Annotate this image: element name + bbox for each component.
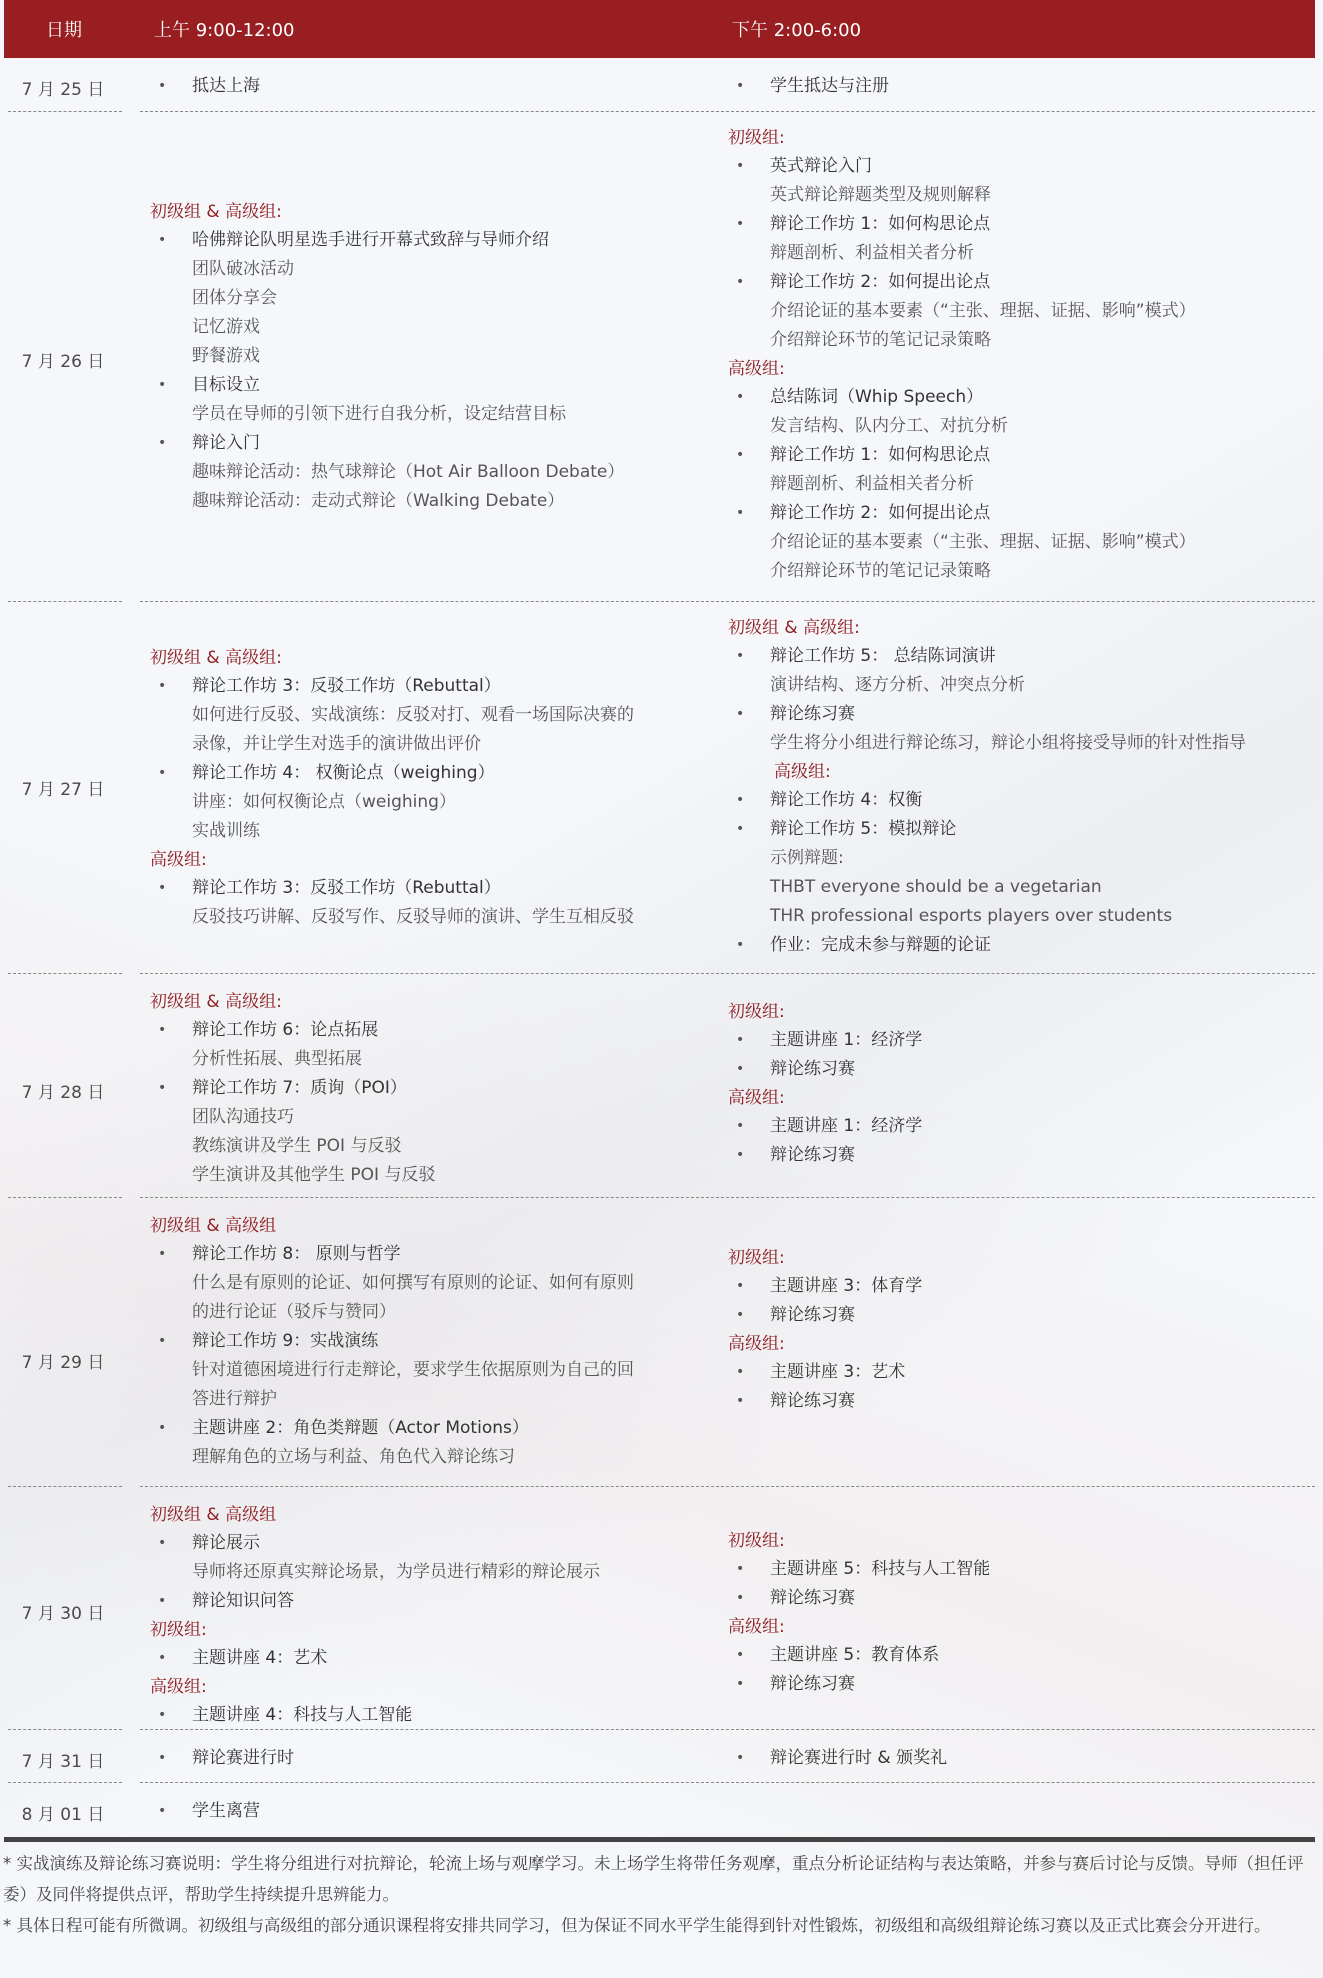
schedule-item: •辩论练习赛学生将分小组进行辩论练习，辩论小组将接受导师的针对性指导 [728,700,1318,758]
bullet-icon: • [158,1414,166,1443]
note-1: * 实战演练及辩论练习赛说明：学生将分组进行对抗辩论，轮流上场与观摩学习。未上场… [3,1848,1321,1910]
item-detail: 示例辩题: [770,844,1318,873]
item-detail: 针对道德困境进行行走辩论，要求学生依据原则为自己的回 [192,1356,690,1385]
bullet-icon: • [736,1641,744,1670]
group-label: 初级组 & 高级组: [150,644,690,672]
item-title: 辩论工作坊 5： 总结陈词演讲 [770,642,1318,671]
item-detail: 教练演讲及学生 POI 与反驳 [192,1132,690,1161]
item-detail: 学员在导师的引领下进行自我分析，设定结营目标 [192,400,690,429]
schedule-item: •辩论练习赛 [728,1670,1318,1699]
item-title: 辩论练习赛 [770,1301,1318,1330]
am-cell: •抵达上海 [150,72,690,101]
schedule-item: •主题讲座 3：艺术 [728,1358,1318,1387]
item-title: 辩论工作坊 5：模拟辩论 [770,815,1318,844]
item-title: 辩论工作坊 7：质询（POI） [192,1074,690,1103]
pm-cell: 初级组:•主题讲座 5：科技与人工智能•辩论练习赛高级组:•主题讲座 5：教育体… [728,1527,1318,1699]
item-detail: 讲座：如何权衡论点（weighing） [192,788,690,817]
item-detail: 介绍论证的基本要素（“主张、理据、证据、影响”模式） [770,297,1318,326]
am-cell: •辩论赛进行时 [150,1744,690,1773]
item-title: 主题讲座 4：艺术 [192,1644,690,1673]
item-title: 辩论工作坊 4： 权衡论点（weighing） [192,759,690,788]
group-label: 高级组: [728,355,1318,383]
item-detail: 反驳技巧讲解、反驳写作、反驳导师的演讲、学生互相反驳 [192,903,690,932]
schedule-item: •辩论工作坊 4：权衡 [728,786,1318,815]
item-detail: 录像，并让学生对选手的演讲做出评价 [192,730,690,759]
item-title: 主题讲座 1：经济学 [770,1112,1318,1141]
row-date: 7 月 31 日 [0,1747,126,1772]
schedule-row: 7 月 31 日•辩论赛进行时•辩论赛进行时 & 颁奖礼 [0,1730,1323,1783]
bullet-icon: • [736,152,744,181]
group-label: 初级组: [728,1527,1318,1555]
bullet-icon: • [158,1701,166,1730]
item-title: 辩论工作坊 2：如何提出论点 [770,499,1318,528]
bullet-icon: • [158,72,166,101]
item-detail: 答进行辩护 [192,1385,690,1414]
schedule-item: •辩论赛进行时 & 颁奖礼 [728,1744,1318,1773]
group-label: 高级组: [728,1613,1318,1641]
table-bottom-rule [4,1837,1315,1842]
bullet-icon: • [158,226,166,255]
item-title: 辩论练习赛 [770,1670,1318,1699]
bullet-icon: • [736,1112,744,1141]
group-label: 初级组: [728,1244,1318,1272]
item-title: 主题讲座 1：经济学 [770,1026,1318,1055]
item-title: 辩论练习赛 [770,1141,1318,1170]
schedule-item: •英式辩论入门英式辩论辩题类型及规则解释 [728,152,1318,210]
bullet-icon: • [158,1016,166,1045]
schedule-item: •辩论工作坊 4： 权衡论点（weighing）讲座：如何权衡论点（weighi… [150,759,690,846]
pm-cell: •学生抵达与注册 [728,72,1318,101]
schedule-item: •辩论工作坊 5： 总结陈词演讲演讲结构、逐方分析、冲突点分析 [728,642,1318,700]
item-detail: 学生将分小组进行辩论练习，辩论小组将接受导师的针对性指导 [770,729,1318,758]
item-title: 辩论入门 [192,429,690,458]
schedule-row: 7 月 27 日初级组 & 高级组:•辩论工作坊 3：反驳工作坊（Rebutta… [0,602,1323,974]
item-title: 主题讲座 5：教育体系 [770,1641,1318,1670]
schedule-item: •主题讲座 4：科技与人工智能 [150,1701,690,1730]
bullet-icon: • [736,1555,744,1584]
bullet-icon: • [158,759,166,788]
item-detail: 如何进行反驳、实战演练：反驳对打、观看一场国际决赛的 [192,701,690,730]
bullet-icon: • [736,1055,744,1084]
item-title: 主题讲座 2：角色类辩题（Actor Motions） [192,1414,690,1443]
bullet-icon: • [158,1240,166,1269]
schedule-item: •辩论工作坊 7：质询（POI）团队沟通技巧教练演讲及学生 POI 与反驳学生演… [150,1074,690,1190]
schedule-item: •辩论工作坊 1：如何构思论点辩题剖析、利益相关者分析 [728,210,1318,268]
item-title: 辩论工作坊 3：反驳工作坊（Rebuttal） [192,672,690,701]
pm-cell: 初级组:•主题讲座 1：经济学•辩论练习赛高级组:•主题讲座 1：经济学•辩论练… [728,998,1318,1170]
bullet-icon: • [736,700,744,729]
schedule-item: •辩论入门趣味辩论活动：热气球辩论（Hot Air Balloon Debate… [150,429,690,516]
row-date: 8 月 01 日 [0,1800,126,1825]
item-title: 辩论工作坊 3：反驳工作坊（Rebuttal） [192,874,690,903]
bullet-icon: • [736,268,744,297]
bullet-icon: • [158,1644,166,1673]
schedule-item: •主题讲座 1：经济学 [728,1112,1318,1141]
bullet-icon: • [158,1744,166,1773]
group-label: 初级组: [728,124,1318,152]
item-detail: 学生演讲及其他学生 POI 与反驳 [192,1161,690,1190]
item-detail: 分析性拓展、典型拓展 [192,1045,690,1074]
bullet-icon: • [736,210,744,239]
schedule-item: •辩论工作坊 5：模拟辩论示例辩题:THBT everyone should b… [728,815,1318,931]
item-title: 辩论练习赛 [770,1387,1318,1416]
bullet-icon: • [736,441,744,470]
item-detail: 导师将还原真实辩论场景，为学员进行精彩的辩论展示 [192,1558,690,1587]
group-label: 初级组 & 高级组: [150,198,690,226]
schedule-item: •主题讲座 5：科技与人工智能 [728,1555,1318,1584]
bullet-icon: • [158,1074,166,1103]
schedule-item: •学生离营 [150,1797,690,1826]
item-detail: 辩题剖析、利益相关者分析 [770,239,1318,268]
schedule-item: •主题讲座 3：体育学 [728,1272,1318,1301]
item-title: 辩论赛进行时 & 颁奖礼 [770,1744,1318,1773]
bullet-icon: • [158,1529,166,1558]
item-detail: 趣味辩论活动：热气球辩论（Hot Air Balloon Debate） [192,458,690,487]
bullet-icon: • [158,1327,166,1356]
row-date: 7 月 26 日 [0,347,126,372]
bullet-icon: • [736,786,744,815]
item-detail: 团体分享会 [192,284,690,313]
item-title: 抵达上海 [192,72,690,101]
item-title: 辩论工作坊 1：如何构思论点 [770,441,1318,470]
item-detail: 辩题剖析、利益相关者分析 [770,470,1318,499]
item-detail: THBT everyone should be a vegetarian [770,873,1318,902]
notes-section: * 实战演练及辩论练习赛说明：学生将分组进行对抗辩论，轮流上场与观摩学习。未上场… [3,1848,1321,1941]
bullet-icon: • [158,672,166,701]
group-label: 高级组: [728,758,1318,786]
schedule-item: •辩论工作坊 3：反驳工作坊（Rebuttal）如何进行反驳、实战演练：反驳对打… [150,672,690,759]
item-detail: 介绍辩论环节的笔记记录策略 [770,326,1318,355]
am-cell: 初级组 & 高级组•辩论展示导师将还原真实辩论场景，为学员进行精彩的辩论展示•辩… [150,1501,690,1730]
item-detail: 野餐游戏 [192,342,690,371]
item-detail: 什么是有原则的论证、如何撰写有原则的论证、如何有原则 [192,1269,690,1298]
schedule-row: 7 月 26 日初级组 & 高级组:•哈佛辩论队明星选手进行开幕式致辞与导师介绍… [0,112,1323,602]
item-title: 总结陈词（Whip Speech） [770,383,1318,412]
item-title: 辩论工作坊 4：权衡 [770,786,1318,815]
group-label: 初级组 & 高级组 [150,1501,690,1529]
bullet-icon: • [736,815,744,844]
row-date: 7 月 27 日 [0,775,126,800]
item-title: 辩论练习赛 [770,700,1318,729]
schedule-row: 7 月 29 日初级组 & 高级组•辩论工作坊 8： 原则与哲学什么是有原则的论… [0,1198,1323,1487]
schedule-row: 7 月 25 日•抵达上海•学生抵达与注册 [0,58,1323,112]
item-detail: 介绍论证的基本要素（“主张、理据、证据、影响”模式） [770,528,1318,557]
bullet-icon: • [736,1670,744,1699]
item-detail: 演讲结构、逐方分析、冲突点分析 [770,671,1318,700]
item-title: 辩论工作坊 6：论点拓展 [192,1016,690,1045]
schedule-item: •主题讲座 1：经济学 [728,1026,1318,1055]
group-label: 初级组 & 高级组: [150,988,690,1016]
item-detail: 记忆游戏 [192,313,690,342]
item-title: 作业：完成未参与辩题的论证 [770,931,1318,960]
bullet-icon: • [158,429,166,458]
schedule-item: •辩论工作坊 6：论点拓展分析性拓展、典型拓展 [150,1016,690,1074]
bullet-icon: • [158,371,166,400]
row-date: 7 月 28 日 [0,1078,126,1103]
schedule-item: •辩论练习赛 [728,1301,1318,1330]
item-title: 哈佛辩论队明星选手进行开幕式致辞与导师介绍 [192,226,690,255]
schedule-item: •哈佛辩论队明星选手进行开幕式致辞与导师介绍团队破冰活动团体分享会记忆游戏野餐游… [150,226,690,371]
bullet-icon: • [158,1797,166,1826]
item-title: 辩论工作坊 9：实战演练 [192,1327,690,1356]
bullet-icon: • [736,1387,744,1416]
pm-cell: 初级组:•英式辩论入门英式辩论辩题类型及规则解释•辩论工作坊 1：如何构思论点辩… [728,124,1318,586]
pm-cell: 初级组:•主题讲座 3：体育学•辩论练习赛高级组:•主题讲座 3：艺术•辩论练习… [728,1244,1318,1416]
item-title: 英式辩论入门 [770,152,1318,181]
row-date: 7 月 30 日 [0,1599,126,1624]
schedule-row: 8 月 01 日•学生离营 [0,1783,1323,1835]
schedule-item: •辩论练习赛 [728,1387,1318,1416]
am-cell: 初级组 & 高级组•辩论工作坊 8： 原则与哲学什么是有原则的论证、如何撰写有原… [150,1212,690,1472]
bullet-icon: • [736,1584,744,1613]
pm-cell: 初级组 & 高级组:•辩论工作坊 5： 总结陈词演讲演讲结构、逐方分析、冲突点分… [728,614,1318,960]
bullet-icon: • [736,1272,744,1301]
schedule-header: 日期 上午 9:00-12:00 下午 2:00-6:00 [4,0,1315,58]
bullet-icon: • [736,1358,744,1387]
schedule-item: •辩论赛进行时 [150,1744,690,1773]
note-2: * 具体日程可能有所微调。初级组与高级组的部分通识课程将安排共同学习，但为保证不… [3,1910,1321,1941]
item-title: 辩论知识问答 [192,1587,690,1616]
bullet-icon: • [736,383,744,412]
bullet-icon: • [736,642,744,671]
item-detail: 趣味辩论活动：走动式辩论（Walking Debate） [192,487,690,516]
schedule-item: •辩论练习赛 [728,1055,1318,1084]
schedule-item: •辩论工作坊 9：实战演练针对道德困境进行行走辩论，要求学生依据原则为自己的回答… [150,1327,690,1414]
am-cell: 初级组 & 高级组:•哈佛辩论队明星选手进行开幕式致辞与导师介绍团队破冰活动团体… [150,198,690,516]
am-cell: 初级组 & 高级组:•辩论工作坊 6：论点拓展分析性拓展、典型拓展•辩论工作坊 … [150,988,690,1190]
schedule-item: •主题讲座 2：角色类辩题（Actor Motions）理解角色的立场与利益、角… [150,1414,690,1472]
schedule-item: •辩论知识问答 [150,1587,690,1616]
bullet-icon: • [736,1026,744,1055]
item-title: 主题讲座 5：科技与人工智能 [770,1555,1318,1584]
group-label: 初级组 & 高级组: [728,614,1318,642]
bullet-icon: • [736,1301,744,1330]
schedule-item: •抵达上海 [150,72,690,101]
row-date: 7 月 29 日 [0,1348,126,1373]
schedule-item: •辩论工作坊 3：反驳工作坊（Rebuttal）反驳技巧讲解、反驳写作、反驳导师… [150,874,690,932]
item-detail: 实战训练 [192,817,690,846]
item-detail: 团队破冰活动 [192,255,690,284]
group-label: 初级组 & 高级组 [150,1212,690,1240]
schedule-row: 7 月 28 日初级组 & 高级组:•辩论工作坊 6：论点拓展分析性拓展、典型拓… [0,974,1323,1198]
item-detail: 理解角色的立场与利益、角色代入辩论练习 [192,1443,690,1472]
item-detail: THR professional esports players over st… [770,902,1318,931]
item-title: 学生抵达与注册 [770,72,1318,101]
bullet-icon: • [736,1141,744,1170]
item-title: 主题讲座 3：体育学 [770,1272,1318,1301]
item-title: 主题讲座 4：科技与人工智能 [192,1701,690,1730]
item-detail: 发言结构、队内分工、对抗分析 [770,412,1318,441]
header-am: 上午 9:00-12:00 [154,16,295,42]
schedule-item: •辩论工作坊 2：如何提出论点介绍论证的基本要素（“主张、理据、证据、影响”模式… [728,499,1318,586]
item-title: 辩论展示 [192,1529,690,1558]
group-label: 初级组: [728,998,1318,1026]
item-detail: 团队沟通技巧 [192,1103,690,1132]
group-label: 高级组: [150,1673,690,1701]
am-cell: 初级组 & 高级组:•辩论工作坊 3：反驳工作坊（Rebuttal）如何进行反驳… [150,644,690,932]
bullet-icon: • [158,1587,166,1616]
bullet-icon: • [158,874,166,903]
bullet-icon: • [736,931,744,960]
group-label: 高级组: [150,846,690,874]
item-detail: 英式辩论辩题类型及规则解释 [770,181,1318,210]
am-cell: •学生离营 [150,1797,690,1826]
schedule-item: •辩论展示导师将还原真实辩论场景，为学员进行精彩的辩论展示 [150,1529,690,1587]
item-title: 辩论工作坊 8： 原则与哲学 [192,1240,690,1269]
item-title: 辩论工作坊 1：如何构思论点 [770,210,1318,239]
item-title: 辩论练习赛 [770,1055,1318,1084]
header-date: 日期 [46,16,82,42]
schedule-item: •主题讲座 5：教育体系 [728,1641,1318,1670]
schedule-item: •学生抵达与注册 [728,72,1318,101]
group-label: 初级组: [150,1616,690,1644]
item-detail: 介绍辩论环节的笔记记录策略 [770,557,1318,586]
bullet-icon: • [736,1744,744,1773]
bullet-icon: • [736,72,744,101]
group-label: 高级组: [728,1330,1318,1358]
schedule-item: •作业：完成未参与辩题的论证 [728,931,1318,960]
item-title: 辩论赛进行时 [192,1744,690,1773]
schedule-item: •总结陈词（Whip Speech）发言结构、队内分工、对抗分析 [728,383,1318,441]
schedule-item: •主题讲座 4：艺术 [150,1644,690,1673]
bullet-icon: • [736,499,744,528]
item-detail: 的进行论证（驳斥与赞同） [192,1298,690,1327]
schedule-item: •辩论工作坊 1：如何构思论点辩题剖析、利益相关者分析 [728,441,1318,499]
schedule-item: •目标设立学员在导师的引领下进行自我分析，设定结营目标 [150,371,690,429]
item-title: 目标设立 [192,371,690,400]
header-pm: 下午 2:00-6:00 [732,16,861,42]
schedule-item: •辩论练习赛 [728,1584,1318,1613]
group-label: 高级组: [728,1084,1318,1112]
item-title: 辩论练习赛 [770,1584,1318,1613]
schedule-item: •辩论练习赛 [728,1141,1318,1170]
row-date: 7 月 25 日 [0,75,126,100]
item-title: 辩论工作坊 2：如何提出论点 [770,268,1318,297]
schedule-item: •辩论工作坊 2：如何提出论点介绍论证的基本要素（“主张、理据、证据、影响”模式… [728,268,1318,355]
pm-cell: •辩论赛进行时 & 颁奖礼 [728,1744,1318,1773]
schedule-row: 7 月 30 日初级组 & 高级组•辩论展示导师将还原真实辩论场景，为学员进行精… [0,1487,1323,1730]
item-title: 学生离营 [192,1797,690,1826]
schedule-item: •辩论工作坊 8： 原则与哲学什么是有原则的论证、如何撰写有原则的论证、如何有原… [150,1240,690,1327]
item-title: 主题讲座 3：艺术 [770,1358,1318,1387]
